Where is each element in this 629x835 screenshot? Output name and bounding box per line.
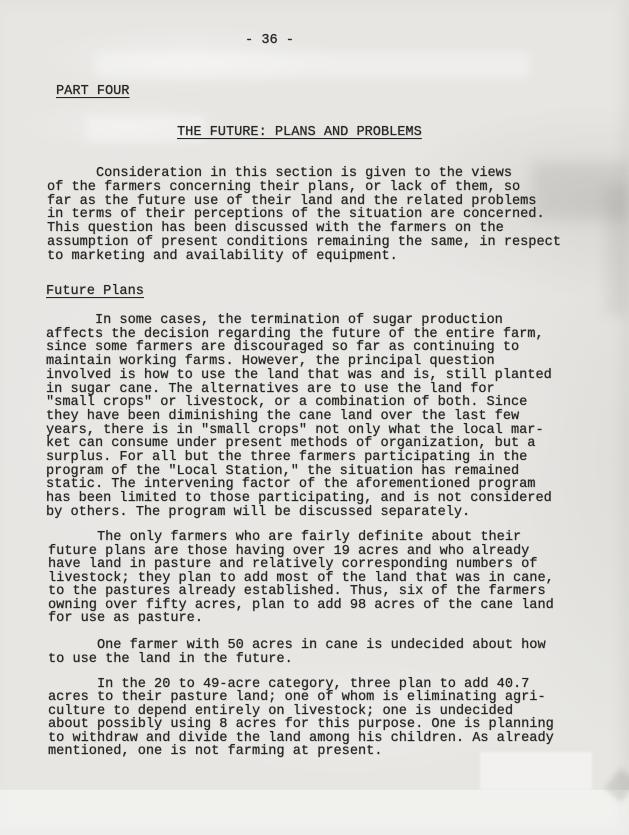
scan-artifact-light-top	[95, 52, 530, 78]
scan-artifact-dark-right-edge	[606, 185, 629, 315]
scan-artifact-corner-smudge	[604, 768, 629, 802]
document-title: THE FUTURE: PLANS AND PROBLEMS	[177, 126, 422, 140]
paragraph-future-plans-1: In some cases, the termination of sugar …	[46, 314, 552, 520]
scan-artifact-light-bottom-band	[0, 790, 629, 835]
page-number: - 36 -	[245, 34, 294, 48]
intro-paragraph: Consideration in this section is given t…	[47, 167, 561, 264]
paragraph-future-plans-4: In the 20 to 49-acre category, three pla…	[48, 678, 554, 758]
scanned-document-page: - 36 - PART FOUR THE FUTURE: PLANS AND P…	[0, 0, 629, 835]
paragraph-future-plans-3: One farmer with 50 acres in cane is unde…	[48, 639, 546, 666]
part-heading: PART FOUR	[56, 85, 129, 99]
paragraph-future-plans-2: The only farmers who are fairly definite…	[48, 531, 554, 626]
section-heading-future-plans: Future Plans	[46, 285, 144, 299]
